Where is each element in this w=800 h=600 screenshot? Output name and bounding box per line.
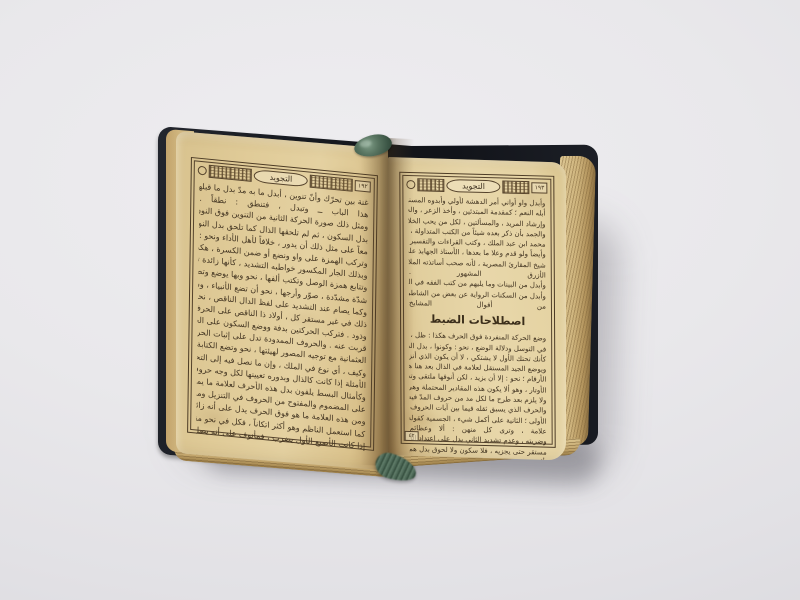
ornament-strip [209,165,252,182]
catchword-box: ٤٢ [405,431,419,441]
left-running-title-cartouche: التجويد [254,169,308,187]
right-header-band: ١٩٣ التجويد [406,177,547,196]
right-page-border-frame: ١٩٣ التجويد وأبدل واو أواني أمر الدهشة ل… [399,172,555,448]
section-heading: اصطلاحات الضبط [407,311,548,331]
left-page-border-frame: ١٩٢ التجويد غنة بين تحرّك وأنّ تنوين ، أ… [187,157,378,451]
ornament-strip [310,175,353,192]
ornament-strip [502,180,529,194]
ornament-strip [417,178,444,192]
photograph: ١٩٢ التجويد غنة بين تحرّك وأنّ تنوين ، أ… [0,0,800,600]
right-page-number: ١٩٣ [532,182,548,193]
ornament-roundel [198,166,207,176]
ornament-roundel [406,180,415,189]
right-text-block-upper: وأبدل واو أواني أمر الدهشة لأولي وأبدوه … [406,195,548,312]
text-line: من أقوال المشايخ [409,298,546,312]
left-text-block: غنة بين تحرّك وأنّ تنوين ، أبدل ما به مد… [194,181,371,454]
right-text-block-lower: وضع الحركة المنفردة فوق الحرف هكذا : ظل … [407,330,549,460]
right-page: ١٩٣ التجويد وأبدل واو أواني أمر الدهشة ل… [388,157,566,461]
left-page-number: ١٩٢ [355,180,371,193]
left-page: ١٩٢ التجويد غنة بين تحرّك وأنّ تنوين ، أ… [176,131,388,471]
right-running-title-cartouche: التجويد [446,179,500,193]
